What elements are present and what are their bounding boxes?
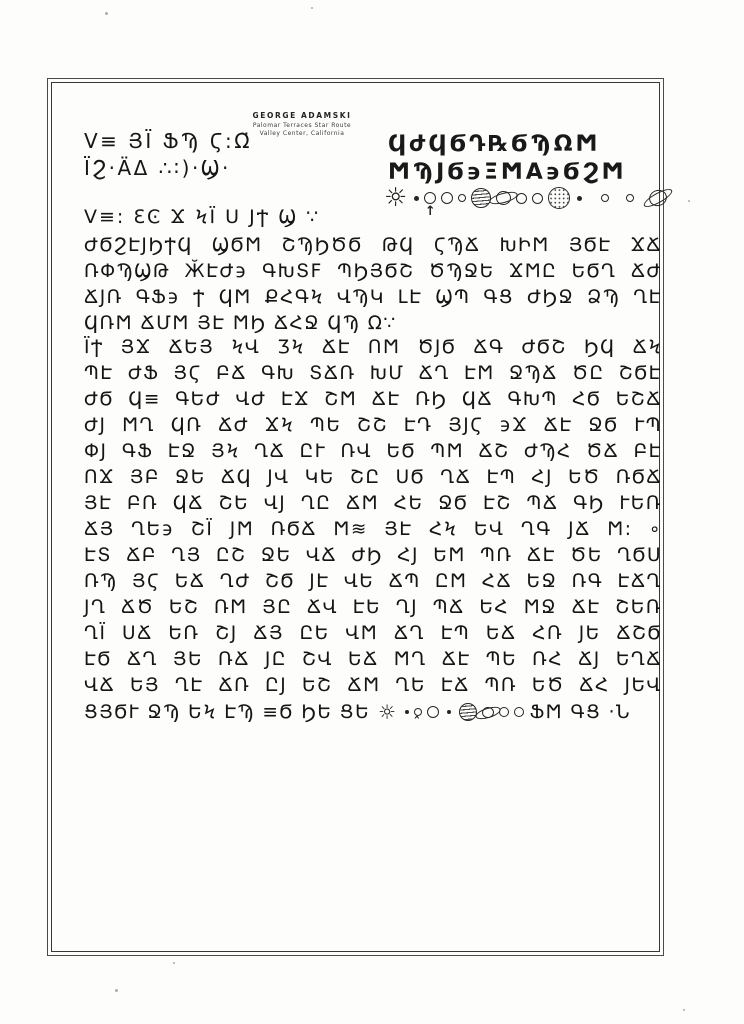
sender-glyph-block: V≡ ՅΪ ՖϠ Ϛ:Ω̈ ΪϨ·ӒΔ ∴∶)·Ϣ· bbox=[84, 128, 252, 182]
glyph-line: ԷՏ ՃԲ ՂՅ ԸՇ ՋԵ ՎՃ ԺϦ ՀЈ ԵϺ ՊՌ ՃԷ ԾԵ ՂϬՍ bbox=[84, 543, 662, 569]
saturn-icon bbox=[496, 191, 511, 205]
circle-icon bbox=[427, 706, 439, 718]
scan-speck bbox=[105, 12, 108, 15]
glyph-line: ՃЈՌ ԳՖ϶ Ϯ ϤϺ ՔՀԳϞ ՎϠԿ ԼԷ ϢՊ ԳՑ ԺϦՋ ՁϠ ՂԷ bbox=[84, 285, 662, 311]
salutation-glyph-line: V≡: ƐϾ Ϫ ϞΪ Ս ЈϮ Ϣ ∵ bbox=[84, 206, 320, 228]
circle-icon bbox=[458, 194, 466, 202]
scan-speck bbox=[683, 1009, 685, 1011]
scan-speck bbox=[115, 989, 118, 992]
glyph-paragraph-1: ԺϬϨԷЈϦϮϤ ϢϬϺ ՇϠϦԾϬ ԹϤ ϚϠՃ ԽԻϺ ՅϬԷ ϪՃ ՌՓϠ… bbox=[84, 233, 662, 337]
circle-icon bbox=[516, 193, 527, 204]
circle-icon bbox=[626, 194, 634, 202]
glyph-line: ՊԷ ԺՖ ՅϚ ԲՃ ԳԽ ՏՃՌ ԽՄ ՃՂ ԷϺ ՋϠՃ ԾԸ ՇϬԷ bbox=[84, 361, 662, 387]
glyph-line: ΪϨ·ӒΔ ∴∶)·Ϣ· bbox=[84, 155, 252, 182]
circle-icon bbox=[441, 192, 453, 204]
letterhead-name: GEORGE ADAMSKI bbox=[222, 111, 382, 120]
glyph-line: ՈϪ ՅԲ ՋԵ ՃϤ ЈՎ ԿԵ ՇԸ ՍϬ ՂՃ ԷՊ ՀЈ ԵԾ ՌϬՃ bbox=[84, 465, 662, 491]
sun-icon: ☼ bbox=[378, 702, 397, 722]
dot-icon bbox=[405, 710, 409, 714]
glyph-line: ՓЈ ԳՖ ԷՋ ՅϞ ՂՃ ԸՒ ՌՎ ԵϬ ՊϺ ՃՇ ԺϠՀ ԾՃ ԲԷ bbox=[84, 439, 662, 465]
glyph-line: ՌՓϠϢԹ ӁԷԺ϶ ԳԽՏϜ ՊϦՅϬՇ ԾϠՋԵ ϪϺԸ ԵϬՂ ՃԺ bbox=[84, 259, 662, 285]
glyph-line: ՑՅϬՒ ՋϠ ԵϞ ԷϠ ≡Ϭ ϦԵ ՑԵ bbox=[84, 702, 370, 723]
glyph-line: ՃՅ ՂԵ϶ ՇΪ ЈϺ ՌϬՃ Ϻ≋ ՅԷ ՀϞ ԵՎ ՂԳ ЈՃ Ϻ: ∘ bbox=[84, 517, 662, 543]
glyph-line: ՂΪ ՍՃ ԵՌ ՇЈ ՃՅ ԸԵ ՎϺ ՃՂ ԷՊ ԵՃ ՀՌ ЈԵ ՃՇϬ bbox=[84, 621, 662, 647]
solar-system-row-footer: ☼ˆ bbox=[378, 702, 523, 722]
glyph-line: ΪϮ ՅϪ ՃԵՅ ϞՎ ӠϞ ՃԷ ՈϺ ԾЈϬ ՃԳ ԺϬՇ ϦϤ ՃϞ bbox=[84, 335, 662, 361]
glyph-line: ϤԺϤϬԴ℞ϬϠΩϺ bbox=[388, 131, 627, 159]
glyph-line: ՌϠ ՅϚ ԵՃ ՂԺ ՇϬ ЈԷ ՎԵ ՃՊ ԸϺ ՀՃ ԵՋ ՌԳ ԷՃՂ bbox=[84, 569, 662, 595]
solar-system-row: ☼↑ bbox=[384, 183, 650, 213]
banded-icon bbox=[459, 703, 477, 721]
recipient-glyph-block: ϤԺϤϬԴ℞ϬϠΩϺ ϺϠЈϬ϶ΞϺΑ϶ϬϨϺ bbox=[388, 131, 627, 187]
speckled-icon bbox=[548, 187, 570, 209]
glyph-line: ϤՌϺ ՃՄϺ ՅԷ ϺϦ ՃՀՋ ϤϠ Ω∵ bbox=[84, 311, 662, 337]
glyph-line: ՎՃ ԵՅ ՂԷ ՃՌ ԸЈ ԵՇ ՃϺ ՂԵ ԷՃ ՊՌ ԵԾ ՃՀ ЈԵՎ bbox=[84, 673, 662, 699]
glyph-line: ЈՂ ՃԾ ԵՇ ՌϺ ՅԸ ՃՎ ԷԵ ՂЈ ՊՃ ԵՀ ϺՋ ՃԷ ՇԵՌ bbox=[84, 595, 662, 621]
glyph-line: ՅԷ ԲՌ ϤՃ ՇԵ ՎЈ ՂԸ ՃϺ ՀԵ ՋϬ ԷՇ ՊՃ ԳϦ ՒԵՌ bbox=[84, 491, 662, 517]
dot-icon bbox=[414, 196, 419, 201]
glyph-line: ԺϬϨԷЈϦϮϤ ϢϬϺ ՇϠϦԾϬ ԹϤ ϚϠՃ ԽԻϺ ՅϬԷ ϪՃ bbox=[84, 233, 662, 259]
sun-icon: ☼ bbox=[384, 185, 407, 211]
circle-icon bbox=[514, 707, 524, 717]
dot-icon bbox=[447, 710, 451, 714]
scanned-letter-page: GEORGE ADAMSKI Palomar Terraces Star Rou… bbox=[0, 0, 744, 1024]
saturn-icon bbox=[649, 190, 667, 206]
circle-icon bbox=[532, 193, 543, 204]
planet-pointer-arrow-icon: ˆ bbox=[414, 717, 422, 730]
dot-icon bbox=[577, 196, 582, 201]
glyph-line: ԺϬ Ϥ≡ ԳԵԺ ՎԺ ԷϪ ՇϺ ՃԷ ՌϦ ϤՃ ԳԽՊ ՀϬ ԵՇՃ bbox=[84, 387, 662, 413]
glyph-line: V≡ ՅΪ ՖϠ Ϛ:Ω̈ bbox=[84, 128, 252, 155]
scan-speck bbox=[311, 7, 313, 9]
circle-icon bbox=[499, 707, 509, 717]
glyph-paragraph-2: ΪϮ ՅϪ ՃԵՅ ϞՎ ӠϞ ՃԷ ՈϺ ԾЈϬ ՃԳ ԺϬՇ ϦϤ ՃϞ Պ… bbox=[84, 335, 662, 725]
scan-speck bbox=[173, 962, 175, 964]
glyph-line: ՖϺ ԳՑ ·Ն bbox=[530, 702, 631, 723]
glyph-line: ԺЈ ϺՂ ϤՌ ՃԺ ϪϞ ՊԵ ՇՇ ԷԴ ՅЈϚ ϶Ϫ ՃԷ ՋϬ ՒՊ bbox=[84, 413, 662, 439]
scan-speck bbox=[688, 200, 690, 202]
planet-pointer-arrow-icon: ↑ bbox=[425, 205, 436, 218]
saturn-icon bbox=[482, 707, 494, 718]
circle-icon bbox=[601, 194, 609, 202]
glyph-line-with-planets: ՑՅϬՒ ՋϠ ԵϞ ԷϠ ≡Ϭ ϦԵ ՑԵ ☼ˆ ՖϺ ԳՑ ·Ն bbox=[84, 699, 662, 725]
circle-icon: ˆ bbox=[414, 708, 422, 716]
circle-icon: ↑ bbox=[424, 192, 436, 204]
glyph-line: ԷϬ ՃՂ ՅԵ ՌՃ ЈԸ ՇՎ ԵՃ ϺՂ ՃԷ ՊԵ ՌՀ ՃЈ ԵՂՃ bbox=[84, 647, 662, 673]
banded-icon bbox=[471, 188, 491, 208]
